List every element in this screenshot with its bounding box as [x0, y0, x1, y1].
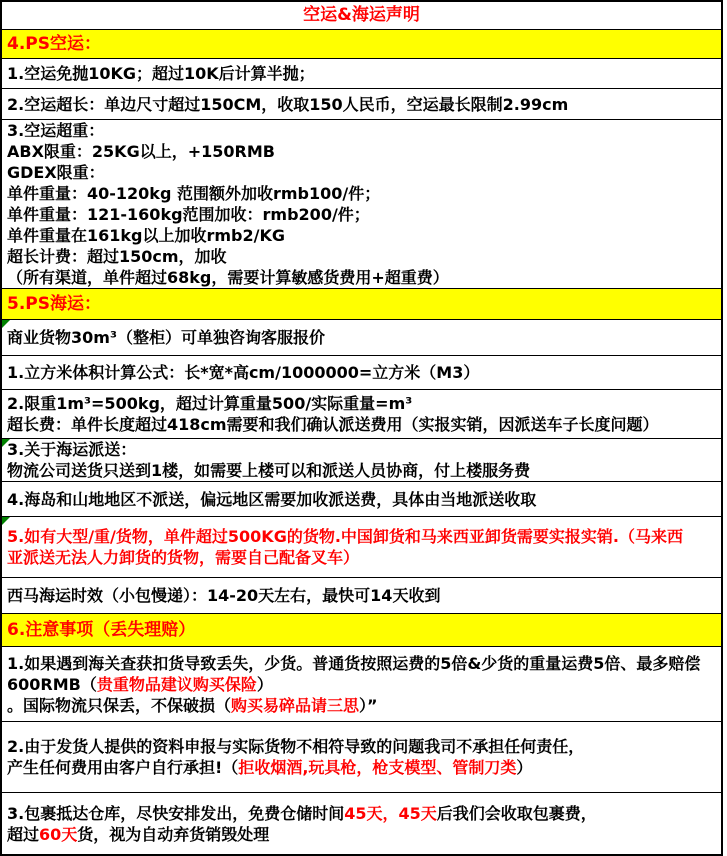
section-6-notes-claims: 6.注意事项（丢失理赔）	[2, 614, 721, 647]
green-corner-marker-icon	[2, 320, 10, 328]
rule-text: 单件重量：121-160kg范围加收：rmb200/件；	[7, 204, 716, 225]
rule-text: 西马海运时效（小包慢递）：14-20天左右，最快可14天收到	[7, 585, 716, 606]
rule-text: 2.限重1m³=500kg，超过计算重量500/实际重量=m³	[7, 393, 716, 414]
air-rule-3-overweight: 3.空运超重： ABX限重：25KG以上，+150RMB GDEX限重： 单件重…	[2, 120, 721, 289]
rule-text: 超长计费：超过150cm，加收	[7, 246, 716, 267]
rule-text: 4.海岛和山地地区不派送，偏远地区需要加收派送费，具体由当地派送收取	[7, 489, 716, 510]
sea-delivery-time: 西马海运时效（小包慢递）：14-20天左右，最快可14天收到	[2, 578, 721, 614]
sea-rule-1-volume-formula: 1.立方米体积计算公式：长*宽*高cm/1000000=立方米（M3）	[2, 356, 721, 390]
sea-rule-2-weight-limit: 2.限重1m³=500kg，超过计算重量500/实际重量=m³ 超长费：单件长度…	[2, 390, 721, 439]
note-3-storage-policy: 3.包裹抵达仓库，尽快安排发出，免费仓储时间45天，45天后我们会收取包裹费， …	[2, 793, 721, 854]
rule-text: 1.空运免抛10KG；超过10K后计算半抛；	[7, 63, 716, 84]
note-text: 1.如果遇到海关查获扣货导致丢失，少货。普通货按照运费的5倍&少货的重量运费5倍…	[7, 653, 716, 674]
note-2-declaration-liability: 2.由于发货人提供的资料申报与实际货物不相符导致的问题我司不承担任何责任， 产生…	[2, 722, 721, 793]
rule-text: ABX限重：25KG以上，+150RMB	[7, 141, 716, 162]
section-heading: 4.PS空运：	[7, 34, 716, 55]
section-5-ps-sea: 5.PS海运：	[2, 289, 721, 320]
title-row: 空运&海运声明	[2, 2, 721, 30]
warning-text: 亚派送无法人力卸货的货物，需要自己配备叉车）	[7, 547, 716, 568]
rule-text: 单件重量：40-120kg 范围额外加收rmb100/件；	[7, 183, 716, 204]
section-4-ps-air: 4.PS空运：	[2, 30, 721, 59]
sea-commercial-cargo: 商业货物30m³（整柜）可单独咨询客服报价	[2, 320, 721, 356]
note-text: 2.由于发货人提供的资料申报与实际货物不相符导致的问题我司不承担任何责任，	[7, 736, 716, 757]
rule-text: 3.空运超重：	[7, 120, 716, 141]
rule-text: 单件重量在161kg以上加收rmb2/KG	[7, 225, 716, 246]
green-corner-marker-icon	[2, 517, 10, 525]
rule-text: 超长费：单件长度超过418cm需要和我们确认派送费用（实报实销，因派送车子长度问…	[7, 414, 716, 435]
note-text: 600RMB（贵重物品建议购买保险）	[7, 674, 716, 695]
rule-text: GDEX限重：	[7, 162, 716, 183]
sea-rule-4-remote-areas: 4.海岛和山地地区不派送，偏远地区需要加收派送费，具体由当地派送收取	[2, 482, 721, 517]
warning-text: 5.如有大型/重/货物，单件超过500KG的货物.中国卸货和马来西亚卸货需要实报…	[7, 526, 716, 547]
green-corner-marker-icon	[2, 439, 10, 447]
air-rule-1-volumetric: 1.空运免抛10KG；超过10K后计算半抛；	[2, 59, 721, 89]
sea-rule-3-delivery: 3.关于海运派送： 物流公司送货只送到1楼，如需要上楼可以和派送人员协商，付上楼…	[2, 439, 721, 482]
rule-text: 3.关于海运派送：	[7, 439, 716, 460]
page: 空运&海运声明 4.PS空运： 1.空运免抛10KG；超过10K后计算半抛； 2…	[0, 0, 727, 856]
rule-text: （所有渠道，单件超过68kg，需要计算敏感货费用+超重费）	[7, 267, 716, 288]
section-heading: 5.PS海运：	[7, 294, 716, 315]
air-rule-2-overlength: 2.空运超长：单边尺寸超过150CM，收取150人民币，空运最长限制2.99cm	[2, 89, 721, 120]
rule-text: 1.立方米体积计算公式：长*宽*高cm/1000000=立方米（M3）	[7, 362, 716, 383]
shipping-notice-sheet: 空运&海运声明 4.PS空运： 1.空运免抛10KG；超过10K后计算半抛； 2…	[0, 0, 723, 856]
section-heading: 6.注意事项（丢失理赔）	[7, 620, 716, 641]
note-1-lost-claim: 1.如果遇到海关查获扣货导致丢失，少货。普通货按照运费的5倍&少货的重量运费5倍…	[2, 647, 721, 722]
rule-text: 商业货物30m³（整柜）可单独咨询客服报价	[7, 327, 716, 348]
page-title: 空运&海运声明	[7, 5, 716, 26]
note-text: 产生任何费用由客户自行承担!（拒收烟酒,玩具枪，枪支模型、管制刀类）	[7, 757, 716, 778]
sea-rule-5-heavy-cargo-warning: 5.如有大型/重/货物，单件超过500KG的货物.中国卸货和马来西亚卸货需要实报…	[2, 517, 721, 578]
note-text: 超过60天货，视为自动弃货销毁处理	[7, 824, 716, 845]
rule-text: 物流公司送货只送到1楼，如需要上楼可以和派送人员协商，付上楼服务费	[7, 460, 716, 481]
note-text: 3.包裹抵达仓库，尽快安排发出，免费仓储时间45天，45天后我们会收取包裹费，	[7, 803, 716, 824]
rule-text: 2.空运超长：单边尺寸超过150CM，收取150人民币，空运最长限制2.99cm	[7, 94, 716, 115]
note-text: 。国际物流只保丢，不保破损（购买易碎品请三思）”	[7, 695, 716, 716]
